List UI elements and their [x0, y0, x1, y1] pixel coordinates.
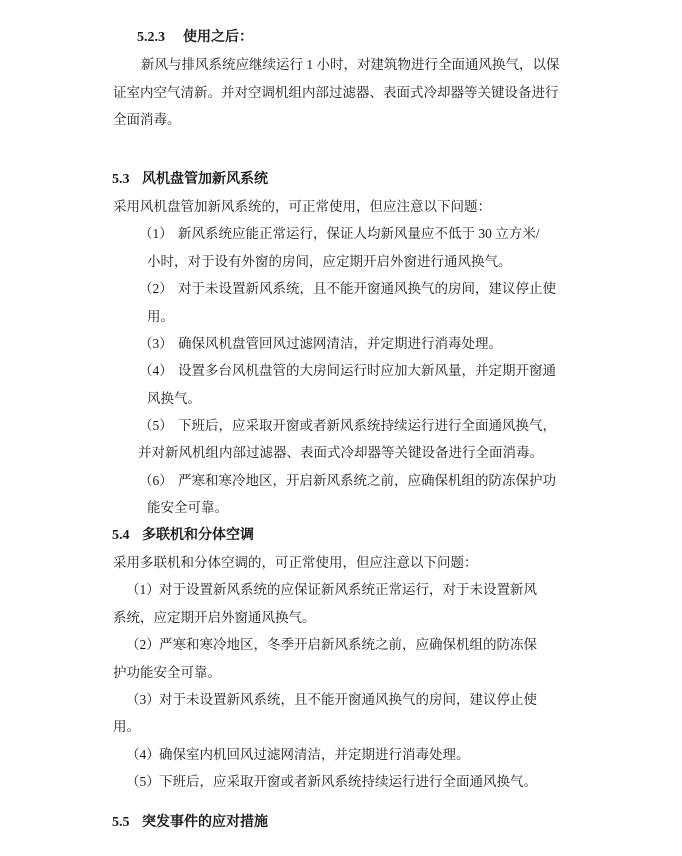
heading-5-5: 5.5突发事件的应对措施: [0, 809, 682, 836]
list-item-line: 并对新风机组内部过滤器、表面式冷却器等关键设备进行全面消毒。: [0, 439, 682, 466]
heading-5-4: 5.4多联机和分体空调: [0, 522, 682, 549]
list-item-line: （2）对于未设置新风系统，且不能开窗通风换气的房间，建议停止使: [0, 275, 682, 302]
heading-title: 突发事件的应对措施: [142, 815, 268, 830]
paragraph-line: 证室内空气清新。并对空调机组内部过滤器、表面式冷却器等关键设备进行: [0, 79, 682, 106]
heading-title: 多联机和分体空调: [142, 528, 254, 543]
list-item-line: 风换气。: [0, 385, 682, 412]
list-item-line: （3）确保风机盘管回风过滤网清洁，并定期进行消毒处理。: [0, 330, 682, 357]
paragraph-line: 采用多联机和分体空调的，可正常使用，但应注意以下问题：: [0, 549, 682, 576]
list-item-line: 用。: [0, 303, 682, 330]
heading-number: 5.2.3: [137, 24, 183, 51]
heading-5-2-3: 5.2.3使用之后：: [0, 24, 682, 51]
item-marker: （2）: [126, 631, 159, 658]
heading-title: 风机盘管加新风系统: [142, 172, 268, 187]
list-item-line: 护功能安全可靠。: [0, 659, 682, 686]
heading-5-3: 5.3风机盘管加新风系统: [0, 166, 682, 193]
list-item-line: （3）对于未设置新风系统，且不能开窗通风换气的房间，建议停止使: [0, 686, 682, 713]
item-text: 确保风机盘管回风过滤网清洁，并定期进行消毒处理。: [178, 336, 502, 351]
item-marker: （6）: [139, 467, 178, 494]
list-item-line: 用。: [0, 713, 682, 740]
item-text: 对于未设置新风系统，且不能开窗通风换气的房间，建议停止使: [178, 281, 556, 296]
item-text: 确保室内机回风过滤网清洁，并定期进行消毒处理。: [159, 747, 470, 762]
list-item-line: （1）新风系统应能正常运行，保证人均新风量应不低于 30 立方米/: [0, 220, 682, 247]
item-text: 对于设置新风系统的应保证新风系统正常运行，对于未设置新风: [159, 582, 537, 597]
item-marker: （5）: [139, 412, 178, 439]
item-text: 新风系统应能正常运行，保证人均新风量应不低于 30 立方米/: [178, 226, 540, 241]
item-marker: （3）: [139, 330, 178, 357]
list-item-line: （2）严寒和寒冷地区，冬季开启新风系统之前，应确保机组的防冻保: [0, 631, 682, 658]
list-item-line: 能安全可靠。: [0, 494, 682, 521]
list-item-line: 小时，对于设有外窗的房间，应定期开启外窗进行通风换气。: [0, 248, 682, 275]
document-page: 5.2.3使用之后： 新风与排风系统应继续运行 1 小时，对建筑物进行全面通风换…: [0, 0, 682, 856]
item-text: 严寒和寒冷地区，开启新风系统之前，应确保机组的防冻保护功: [178, 473, 556, 488]
item-marker: （2）: [139, 275, 178, 302]
heading-number: 5.5: [112, 809, 142, 836]
list-item-line: （1）对于设置新风系统的应保证新风系统正常运行，对于未设置新风: [0, 576, 682, 603]
paragraph-line: 新风与排风系统应继续运行 1 小时，对建筑物进行全面通风换气，以保: [0, 51, 682, 78]
paragraph-line: 采用风机盘管加新风系统的，可正常使用，但应注意以下问题：: [0, 193, 682, 220]
item-text: 下班后，应采取开窗或者新风系统持续运行进行全面通风换气。: [159, 774, 537, 789]
list-item-line: （6）严寒和寒冷地区，开启新风系统之前，应确保机组的防冻保护功: [0, 467, 682, 494]
item-marker: （4）: [126, 741, 159, 768]
list-item-line: （4）确保室内机回风过滤网清洁，并定期进行消毒处理。: [0, 741, 682, 768]
list-item-line: 系统，应定期开启外窗通风换气。: [0, 604, 682, 631]
list-item-line: （5）下班后，应采取开窗或者新风系统持续运行进行全面通风换气，: [0, 412, 682, 439]
list-item-line: （5）下班后，应采取开窗或者新风系统持续运行进行全面通风换气。: [0, 768, 682, 795]
heading-number: 5.4: [112, 522, 142, 549]
item-text: 对于未设置新风系统，且不能开窗通风换气的房间，建议停止使: [159, 692, 537, 707]
item-marker: （4）: [139, 357, 178, 384]
item-text: 设置多台风机盘管的大房间运行时应加大新风量，并定期开窗通: [178, 363, 556, 378]
item-marker: （1）: [126, 576, 159, 603]
paragraph-line: 全面消毒。: [0, 106, 682, 133]
heading-title: 使用之后：: [183, 30, 253, 45]
list-item-line: （4）设置多台风机盘管的大房间运行时应加大新风量，并定期开窗通: [0, 357, 682, 384]
item-marker: （3）: [126, 686, 159, 713]
item-text: 下班后，应采取开窗或者新风系统持续运行进行全面通风换气，: [178, 418, 556, 433]
item-text: 严寒和寒冷地区，冬季开启新风系统之前，应确保机组的防冻保: [159, 637, 537, 652]
item-marker: （5）: [126, 768, 159, 795]
blank-gap: [0, 134, 682, 166]
item-marker: （1）: [139, 220, 178, 247]
blank-gap: [0, 796, 682, 809]
heading-number: 5.3: [112, 166, 142, 193]
